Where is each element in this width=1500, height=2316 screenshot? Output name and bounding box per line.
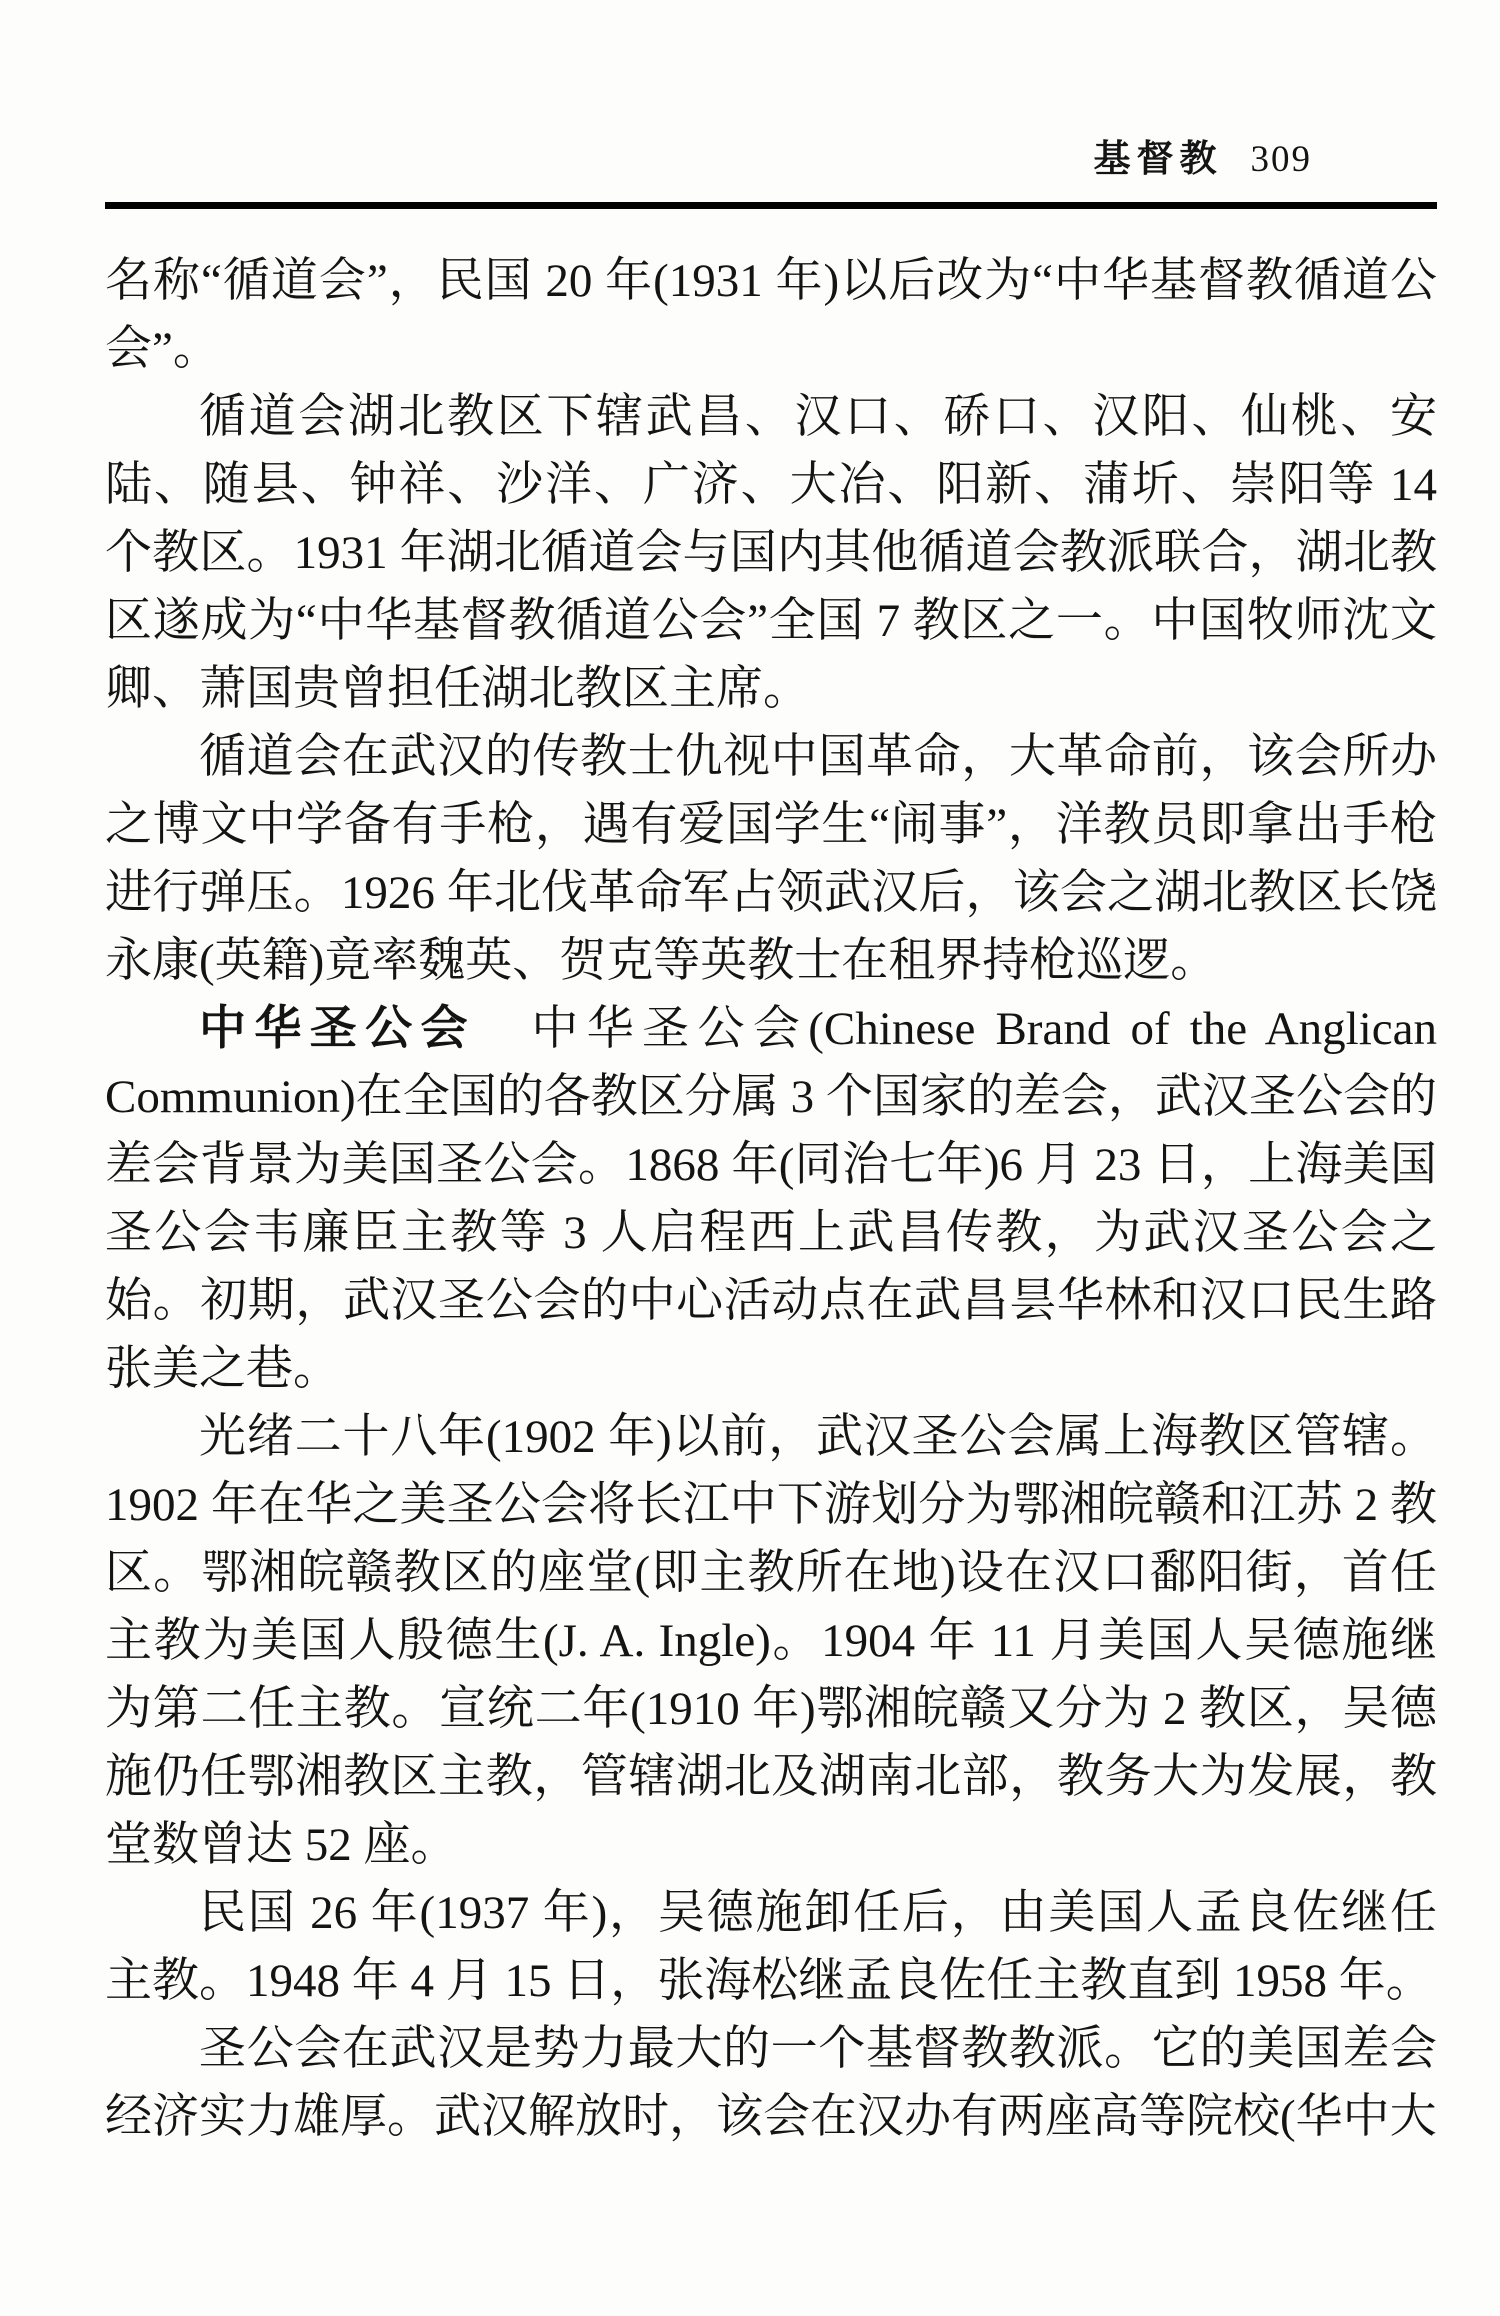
paragraph-6: 民国 26 年(1937 年)，吴德施卸任后，由美国人孟良佐继任主教。1948 … (105, 1879, 1437, 2015)
page-number: 309 (1251, 140, 1313, 180)
paragraph-text: 光绪二十八年(1902 年)以前，武汉圣公会属上海教区管辖。1902 年在华之美… (105, 1411, 1437, 1871)
running-head-title: 基督教 (1094, 140, 1223, 180)
paragraph-3: 循道会在武汉的传教士仇视中国革命，大革命前，该会所办之博文中学备有手枪，遇有爱国… (105, 723, 1437, 995)
paragraph-text: 中华圣公会(Chinese Brand of the Anglican Comm… (105, 1003, 1437, 1395)
entry-term: 中华圣公会 (199, 1003, 476, 1055)
paragraph-2: 循道会湖北教区下辖武昌、汉口、硚口、汉阳、仙桃、安陆、随县、钟祥、沙洋、广济、大… (105, 383, 1437, 723)
paragraph-text: 循道会在武汉的传教士仇视中国革命，大革命前，该会所办之博文中学备有手枪，遇有爱国… (105, 731, 1437, 987)
paragraph-4: 中华圣公会 中华圣公会(Chinese Brand of the Anglica… (105, 995, 1437, 1403)
book-page: 基督教 309 名称“循道会”，民国 20 年(1931 年)以后改为“中华基督… (0, 0, 1500, 2316)
paragraph-text: 圣公会在武汉是势力最大的一个基督教教派。它的美国差会经济实力雄厚。武汉解放时，该… (105, 2023, 1437, 2143)
paragraph-5: 光绪二十八年(1902 年)以前，武汉圣公会属上海教区管辖。1902 年在华之美… (105, 1403, 1437, 1879)
paragraph-7: 圣公会在武汉是势力最大的一个基督教教派。它的美国差会经济实力雄厚。武汉解放时，该… (105, 2015, 1437, 2151)
paragraph-text: 循道会湖北教区下辖武昌、汉口、硚口、汉阳、仙桃、安陆、随县、钟祥、沙洋、广济、大… (105, 391, 1437, 715)
page-body: 名称“循道会”，民国 20 年(1931 年)以后改为“中华基督教循道公会”。循… (105, 247, 1437, 2151)
paragraph-1: 名称“循道会”，民国 20 年(1931 年)以后改为“中华基督教循道公会”。 (105, 247, 1437, 383)
header-rule (105, 202, 1437, 209)
paragraph-text: 名称“循道会”，民国 20 年(1931 年)以后改为“中华基督教循道公会”。 (105, 255, 1437, 375)
page-header: 基督教 309 (105, 140, 1437, 180)
paragraph-text: 民国 26 年(1937 年)，吴德施卸任后，由美国人孟良佐继任主教。1948 … (105, 1887, 1437, 2007)
